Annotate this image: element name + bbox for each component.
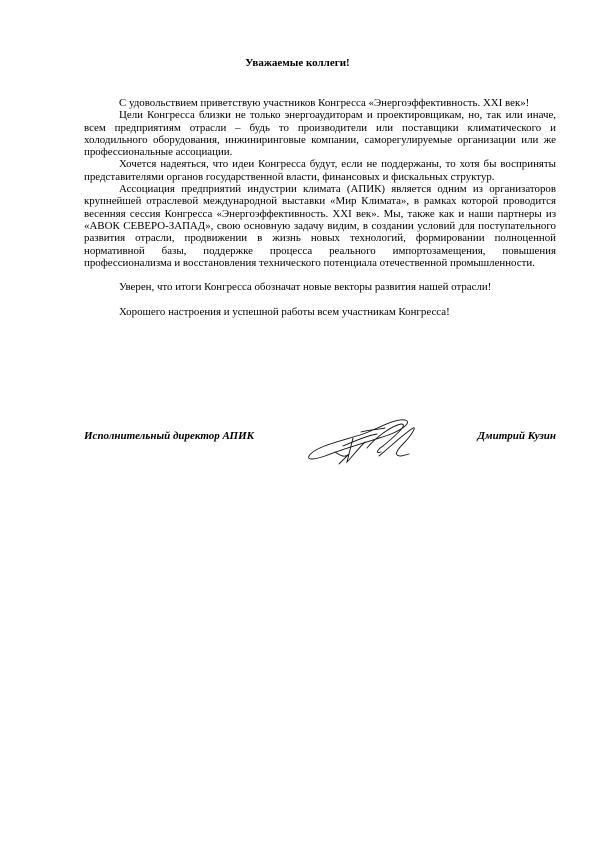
paragraph-hope: Хочется надеяться, что идеи Конгресса бу… bbox=[84, 158, 556, 183]
letter-body: С удовольствием приветствую участников К… bbox=[84, 97, 556, 318]
letter-page: Уважаемые коллеги! С удовольствием приве… bbox=[0, 0, 595, 842]
paragraph-confidence: Уверен, что итоги Конгресса обозначат но… bbox=[84, 281, 556, 293]
paragraph-wishes: Хорошего настроения и успешной работы вс… bbox=[84, 306, 556, 318]
handwritten-signature-icon bbox=[305, 412, 420, 470]
signer-name: Дмитрий Кузин bbox=[478, 430, 556, 442]
paragraph-goals: Цели Конгресса близки не только энергоау… bbox=[84, 109, 556, 158]
letter-title: Уважаемые коллеги! bbox=[0, 57, 595, 69]
paragraph-apik: Ассоциация предприятий индустрии климата… bbox=[84, 183, 556, 269]
paragraph-greeting: С удовольствием приветствую участников К… bbox=[84, 97, 556, 109]
signer-position: Исполнительный директор АПИК bbox=[84, 430, 254, 442]
